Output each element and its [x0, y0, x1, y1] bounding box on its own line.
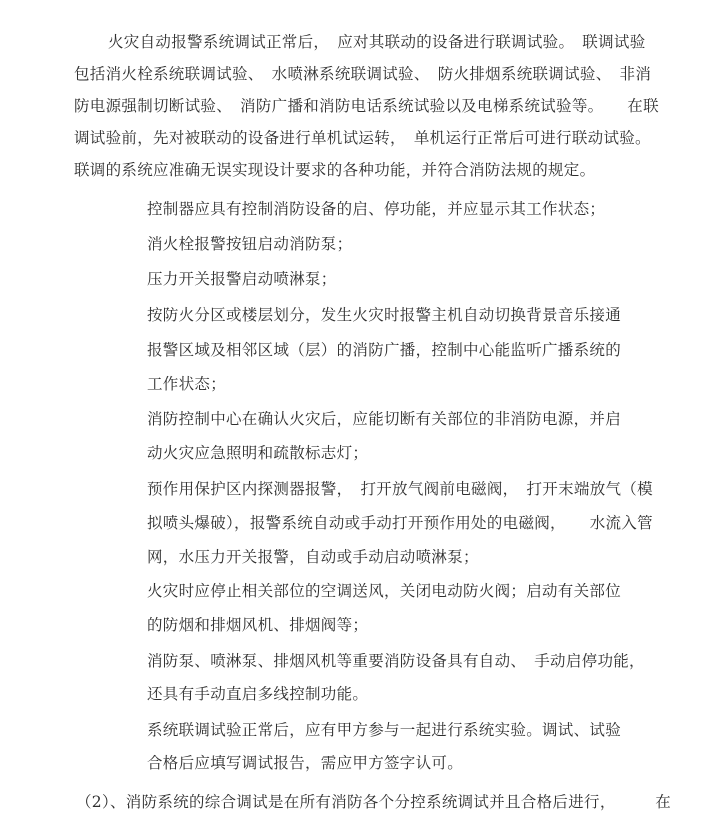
requirement-line: 网，水压力开关报警，自动或手动启动喷淋泵；: [147, 547, 479, 567]
requirement-line: 的防烟和排烟风机、排烟阀等；: [147, 615, 368, 635]
requirement-line: 动火灾应急照明和疏散标志灯；: [147, 443, 368, 463]
requirement-line: 控制器应具有控制消防设备的启、停功能，并应显示其工作状态；: [147, 199, 605, 219]
requirement-line: 按防火分区或楼层划分，发生火灾时报警主机自动切换背景音乐接通: [147, 305, 621, 325]
requirement-line: 工作状态；: [147, 374, 226, 394]
requirement-line: 消防泵、喷淋泵、排烟风机等重要消防设备具有自动、 手动启停功能，: [147, 651, 645, 671]
document-page: 火灾自动报警系统调试正常后， 应对其联动的设备进行联调试验。 联调试验 包括消火…: [0, 0, 720, 821]
paragraph-line: 包括消火栓系统联调试验、 水喷淋系统联调试验、 防火排烟系统联调试验、 非消: [74, 64, 651, 84]
paragraph-line: 火灾自动报警系统调试正常后， 应对其联动的设备进行联调试验。 联调试验: [108, 32, 646, 52]
paragraph-line: 联调的系统应准确无误实现设计要求的各种功能，并符合消防法规的规定。: [74, 160, 595, 180]
section-2-line: （2）、消防系统的综合调试是在所有消防各个分控系统调试并且合格后进行， 在: [76, 792, 671, 812]
paragraph-line: 调试验前，先对被联动的设备进行单机试运转， 单机运行正常后可进行联动试验。: [74, 128, 651, 148]
requirement-line: 消防控制中心在确认火灾后，应能切断有关部位的非消防电源，并启: [147, 409, 621, 429]
paragraph-line: 防电源强制切断试验、 消防广播和消防电话系统试验以及电梯系统试验等。 在联: [74, 96, 659, 116]
requirement-line: 预作用保护区内探测器报警， 打开放气阀前电磁阀， 打开末端放气（模: [147, 479, 653, 499]
requirement-line: 还具有手动直启多线控制功能。: [147, 684, 368, 704]
requirement-line: 火灾时应停止相关部位的空调送风，关闭电动防火阀；启动有关部位: [147, 581, 621, 601]
requirement-line: 消火栓报警按钮启动消防泵；: [147, 234, 352, 254]
requirement-line: 合格后应填写调试报告，需应甲方签字认可。: [147, 753, 463, 773]
requirement-line: 报警区域及相邻区域（层）的消防广播，控制中心能监听广播系统的: [147, 340, 621, 360]
requirement-line: 系统联调试验正常后，应有甲方参与一起进行系统实验。调试、试验: [147, 720, 621, 740]
requirement-line: 拟喷头爆破），报警系统自动或手动打开预作用处的电磁阀， 水流入管: [147, 513, 653, 533]
requirement-line: 压力开关报警启动喷淋泵；: [147, 269, 337, 289]
